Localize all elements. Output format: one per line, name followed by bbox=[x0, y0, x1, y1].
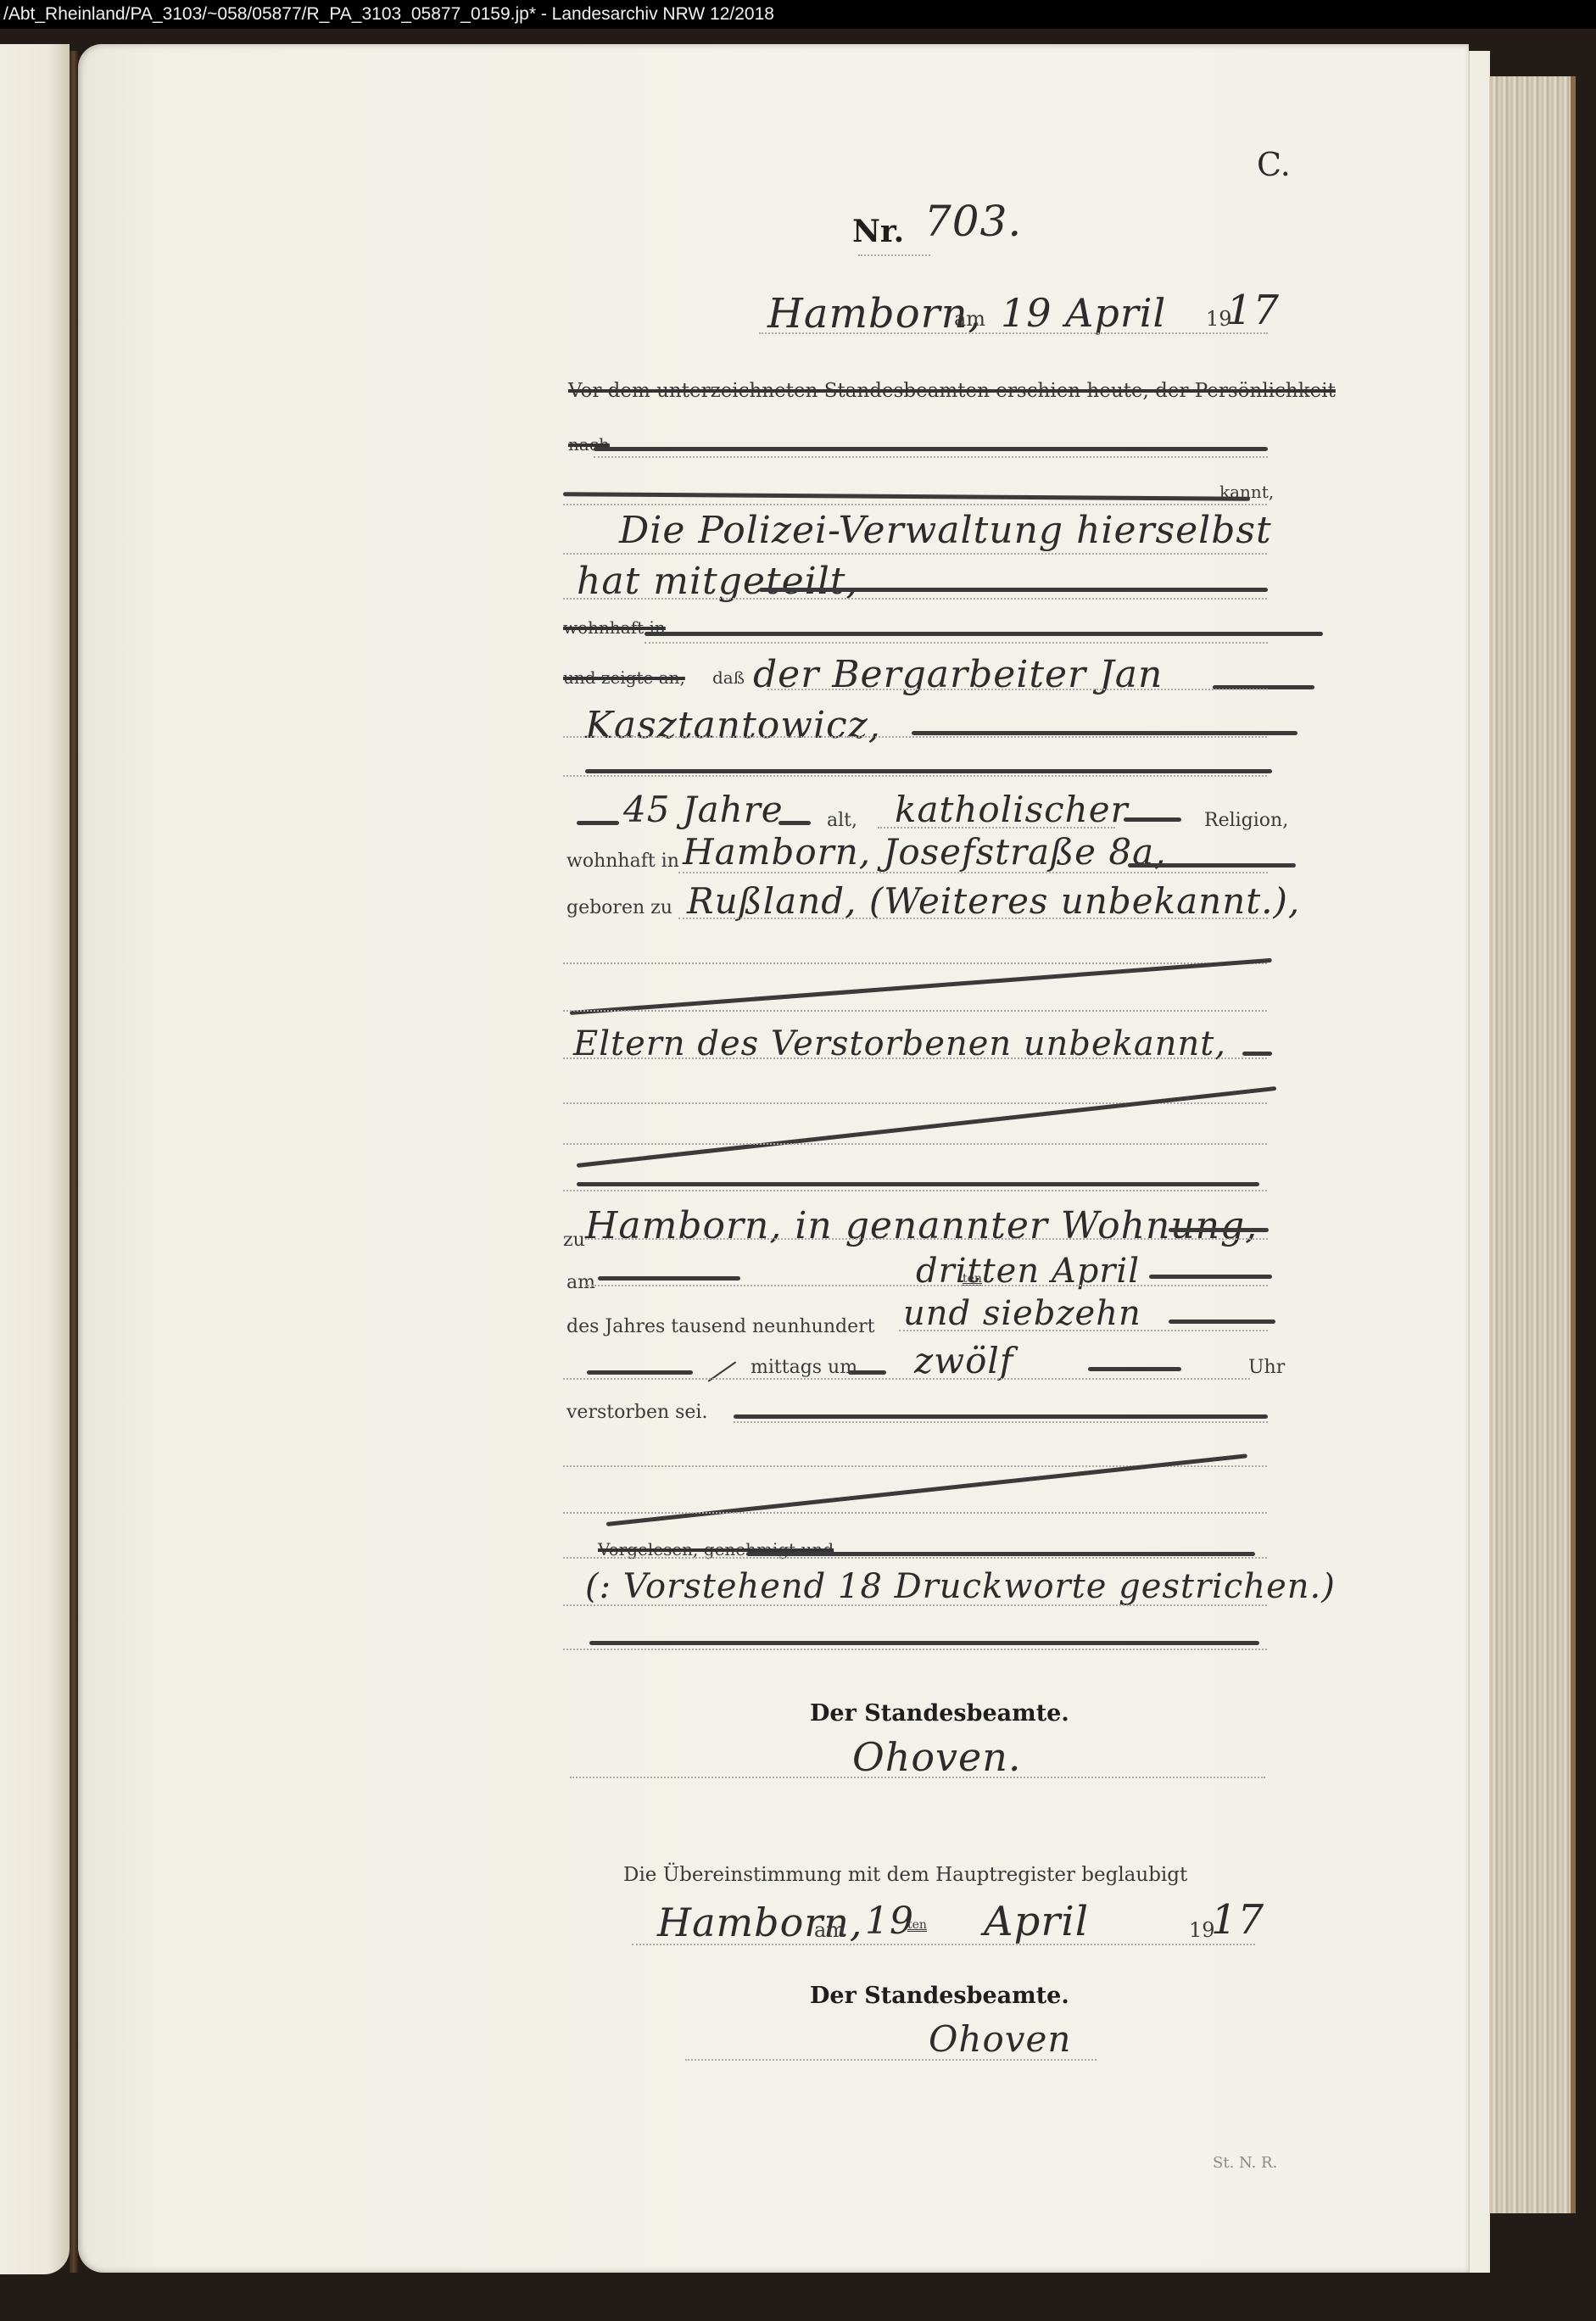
death-hour: zwölf bbox=[914, 1340, 1013, 1381]
kannt-label: kannt, bbox=[1219, 482, 1274, 502]
cert-am-label: am bbox=[814, 1918, 845, 1942]
zu-label: zu bbox=[563, 1230, 585, 1251]
record-year: 17 bbox=[1226, 287, 1280, 334]
verstorben-label: verstorben sei. bbox=[566, 1402, 707, 1423]
deceased-line-2: Kasztantowicz, bbox=[585, 704, 881, 747]
dotline bbox=[563, 1190, 1267, 1191]
jahres-label: des Jahres tausend neunhundert bbox=[566, 1316, 874, 1337]
date-dotline bbox=[759, 332, 1268, 334]
mittags-label: mittags um bbox=[751, 1357, 857, 1378]
alt-label: alt, bbox=[827, 810, 857, 831]
dotline bbox=[685, 2059, 1097, 2061]
dotline bbox=[563, 775, 1267, 777]
dotline bbox=[563, 598, 1267, 600]
cert-registrar-title: Der Standesbeamte. bbox=[810, 1983, 1069, 2009]
cert-ten-label: ten bbox=[907, 1918, 927, 1932]
strike-bar bbox=[778, 821, 811, 825]
uhr-label: Uhr bbox=[1248, 1357, 1285, 1378]
dotline bbox=[585, 1238, 1268, 1240]
dotline bbox=[563, 1557, 1267, 1559]
cert-signature: Ohoven bbox=[929, 2018, 1071, 2060]
dotline bbox=[570, 1777, 1265, 1778]
wohnhaft-label: wohnhaft in bbox=[566, 851, 679, 872]
dotline bbox=[563, 1512, 1267, 1514]
dotline bbox=[734, 1421, 1268, 1423]
strike-bar bbox=[577, 821, 619, 825]
strike-bar bbox=[1124, 817, 1181, 822]
record-date: 19 April bbox=[1001, 290, 1166, 336]
dotline bbox=[563, 736, 1267, 738]
birthplace: Rußland, (Weiteres unbekannt.), bbox=[687, 880, 1300, 922]
strike-bar bbox=[645, 632, 1323, 636]
dass-label: daß bbox=[712, 667, 745, 688]
strike-bar bbox=[746, 1552, 1255, 1556]
death-place: Hamborn, in genannter Wohnung, bbox=[585, 1204, 1258, 1247]
record-number: 703. bbox=[924, 197, 1022, 246]
age: 45 Jahre bbox=[623, 789, 784, 830]
struck-nach: nach bbox=[568, 434, 610, 455]
dotline bbox=[899, 1330, 1268, 1331]
dotline bbox=[767, 689, 1268, 690]
geboren-label: geboren zu bbox=[566, 897, 672, 918]
strike-bar bbox=[912, 731, 1297, 735]
dotline bbox=[594, 456, 1268, 458]
diagonal-strike bbox=[570, 958, 1272, 1015]
strike-bar bbox=[585, 769, 1272, 773]
death-year: und siebzehn bbox=[903, 1294, 1141, 1333]
strike-bar bbox=[734, 1414, 1268, 1419]
number-label: Nr. bbox=[852, 214, 904, 249]
cert-year: 17 bbox=[1211, 1896, 1264, 1944]
correction-note: (: Vorstehend 18 Druckworte gestrichen.) bbox=[585, 1567, 1336, 1606]
dotline bbox=[678, 918, 1268, 919]
strike-bar bbox=[1169, 1228, 1269, 1232]
dotline bbox=[563, 504, 1267, 505]
strike-bar bbox=[577, 1182, 1259, 1186]
place-of-record: Hamborn, bbox=[767, 290, 982, 338]
registrar-title: Der Standesbeamte. bbox=[810, 1700, 1069, 1727]
strike-bar bbox=[1128, 863, 1296, 868]
strike-bar bbox=[587, 1370, 693, 1375]
strike-bar bbox=[563, 492, 1250, 501]
dotline bbox=[632, 1944, 1255, 1945]
dotline bbox=[563, 1378, 1250, 1380]
dotline bbox=[563, 1649, 1267, 1650]
dotline bbox=[563, 962, 1267, 964]
informant-line-1: Die Polizei-Verwaltung hierselbst bbox=[619, 509, 1272, 552]
struck-zeigte-an: und zeigte an, bbox=[563, 667, 685, 688]
number-dotline bbox=[858, 254, 930, 256]
ten-label: ten bbox=[963, 1272, 982, 1286]
dotline bbox=[563, 553, 1267, 555]
death-record: C. Nr. 703. Hamborn, am 19 April 19 17 V… bbox=[0, 0, 1596, 2321]
strike-bar bbox=[594, 447, 1268, 451]
strike-bar bbox=[598, 1276, 740, 1280]
strike-bar bbox=[1242, 1052, 1272, 1056]
section-letter: C. bbox=[1257, 146, 1291, 183]
dotline bbox=[563, 1010, 1267, 1012]
dotline bbox=[585, 1285, 1268, 1286]
cert-month: April bbox=[984, 1898, 1089, 1945]
form-code: St. N. R. bbox=[1213, 2154, 1277, 2172]
diagonal-strike bbox=[577, 1086, 1277, 1168]
struck-intro-text: Vor dem unterzeichneten Standesbeamten e… bbox=[568, 380, 1336, 402]
strike-bar bbox=[759, 588, 1268, 592]
dotline bbox=[563, 1143, 1267, 1145]
am2-label: am bbox=[566, 1272, 595, 1293]
dotline bbox=[878, 827, 1115, 829]
dotline bbox=[678, 872, 1268, 873]
strike-bar bbox=[1149, 1275, 1272, 1279]
certification-text: Die Übereinstimmung mit dem Hauptregiste… bbox=[623, 1864, 1187, 1886]
dotline bbox=[563, 1057, 1267, 1059]
dotline bbox=[563, 1604, 1267, 1606]
religion: katholischer bbox=[895, 789, 1129, 830]
registrar-signature: Ohoven. bbox=[852, 1734, 1022, 1780]
am-label: am bbox=[954, 307, 985, 331]
strike-bar bbox=[1169, 1320, 1275, 1324]
strike-bar bbox=[589, 1641, 1259, 1645]
strike-bar bbox=[848, 1370, 886, 1375]
strike-bar bbox=[1088, 1367, 1181, 1371]
dotline bbox=[645, 642, 1268, 644]
residence: Hamborn, Josefstraße 8a, bbox=[683, 831, 1167, 873]
religion-label: Religion, bbox=[1204, 810, 1288, 831]
informant-line-2: hat mitgeteilt, bbox=[577, 560, 858, 603]
